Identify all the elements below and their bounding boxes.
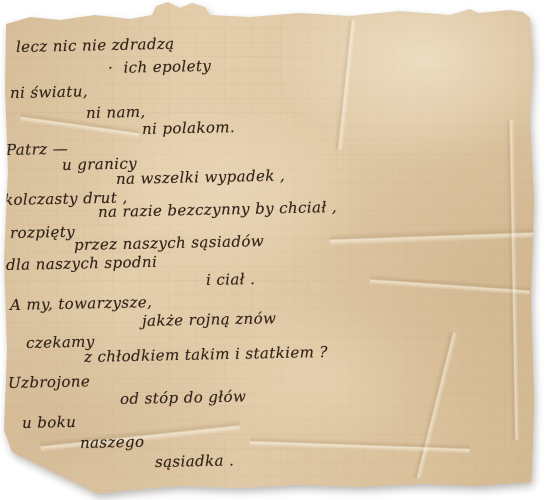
poem-line: z chłodkiem takim i statkiem ? xyxy=(84,343,328,366)
poem-line: na razie bezczynny by chciał , xyxy=(98,198,337,221)
poem-line: lecz nic nie zdradzą xyxy=(16,35,175,56)
page-background: lecz nic nie zdradzą· ich epoletyni świa… xyxy=(0,0,546,500)
poem-line: ni nam, xyxy=(86,103,146,122)
manuscript-paper: lecz nic nie zdradzą· ich epoletyni świa… xyxy=(0,0,546,500)
poem-line: u boku xyxy=(22,413,77,432)
poem-line: · ich epolety xyxy=(108,57,212,77)
poem-line: rozpięty xyxy=(10,223,75,242)
poem-line: Uzbrojone xyxy=(8,372,91,392)
poem-line: od stóp do głów xyxy=(120,387,247,408)
poem-line: dla naszych spodni xyxy=(6,253,158,274)
poem-line: na wszelki wypadek , xyxy=(116,166,285,188)
poem-line: i ciał . xyxy=(206,270,256,289)
poem-line: ni polakom. xyxy=(142,118,235,138)
poem-line: sąsiadka . xyxy=(155,451,235,471)
poem-line: przez naszych sąsiadów xyxy=(74,232,264,254)
poem-text-layer: lecz nic nie zdradzą· ich epoletyni świa… xyxy=(0,0,546,500)
poem-line: jakże rojną znów xyxy=(142,309,277,330)
poem-line: A my, towarzysze, xyxy=(10,293,153,314)
poem-line: naszego xyxy=(80,433,145,452)
poem-line: Patrz — xyxy=(6,140,68,159)
poem-line: ni światu, xyxy=(10,82,88,102)
paper-shadow-wrap: lecz nic nie zdradzą· ich epoletyni świa… xyxy=(0,0,546,500)
